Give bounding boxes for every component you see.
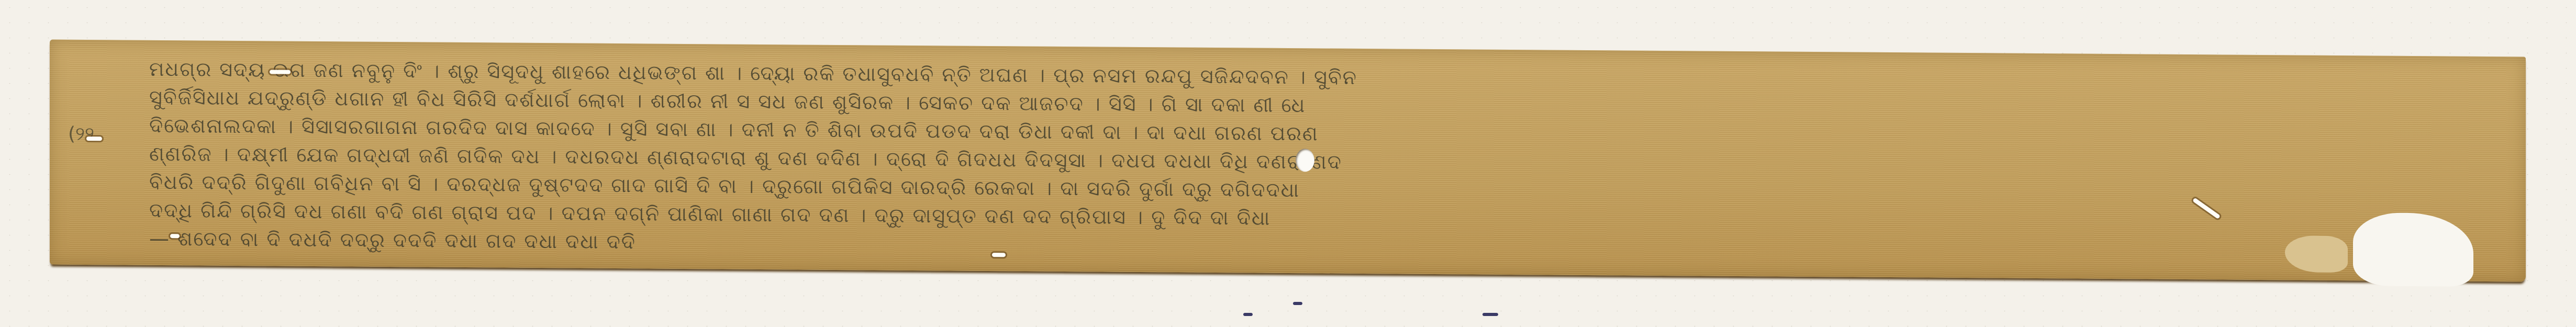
insect-damage bbox=[270, 70, 291, 74]
ink-mark bbox=[1293, 302, 1302, 305]
insect-damage bbox=[86, 137, 102, 141]
palm-leaf-manuscript: (୨୨ ମଧଗ୍ର ସଦ୍ୟ ଭଗ ଜଣ ନବୁନୁ ଦିଂ । ଶ୍ରୁ ସି… bbox=[50, 39, 2526, 281]
insect-damage bbox=[992, 253, 1006, 257]
binding-hole bbox=[1296, 149, 1314, 172]
margin-note: (୨୨ bbox=[68, 123, 94, 145]
ink-mark bbox=[1243, 313, 1253, 316]
ink-mark bbox=[1482, 313, 1498, 316]
insect-damage bbox=[170, 234, 180, 238]
